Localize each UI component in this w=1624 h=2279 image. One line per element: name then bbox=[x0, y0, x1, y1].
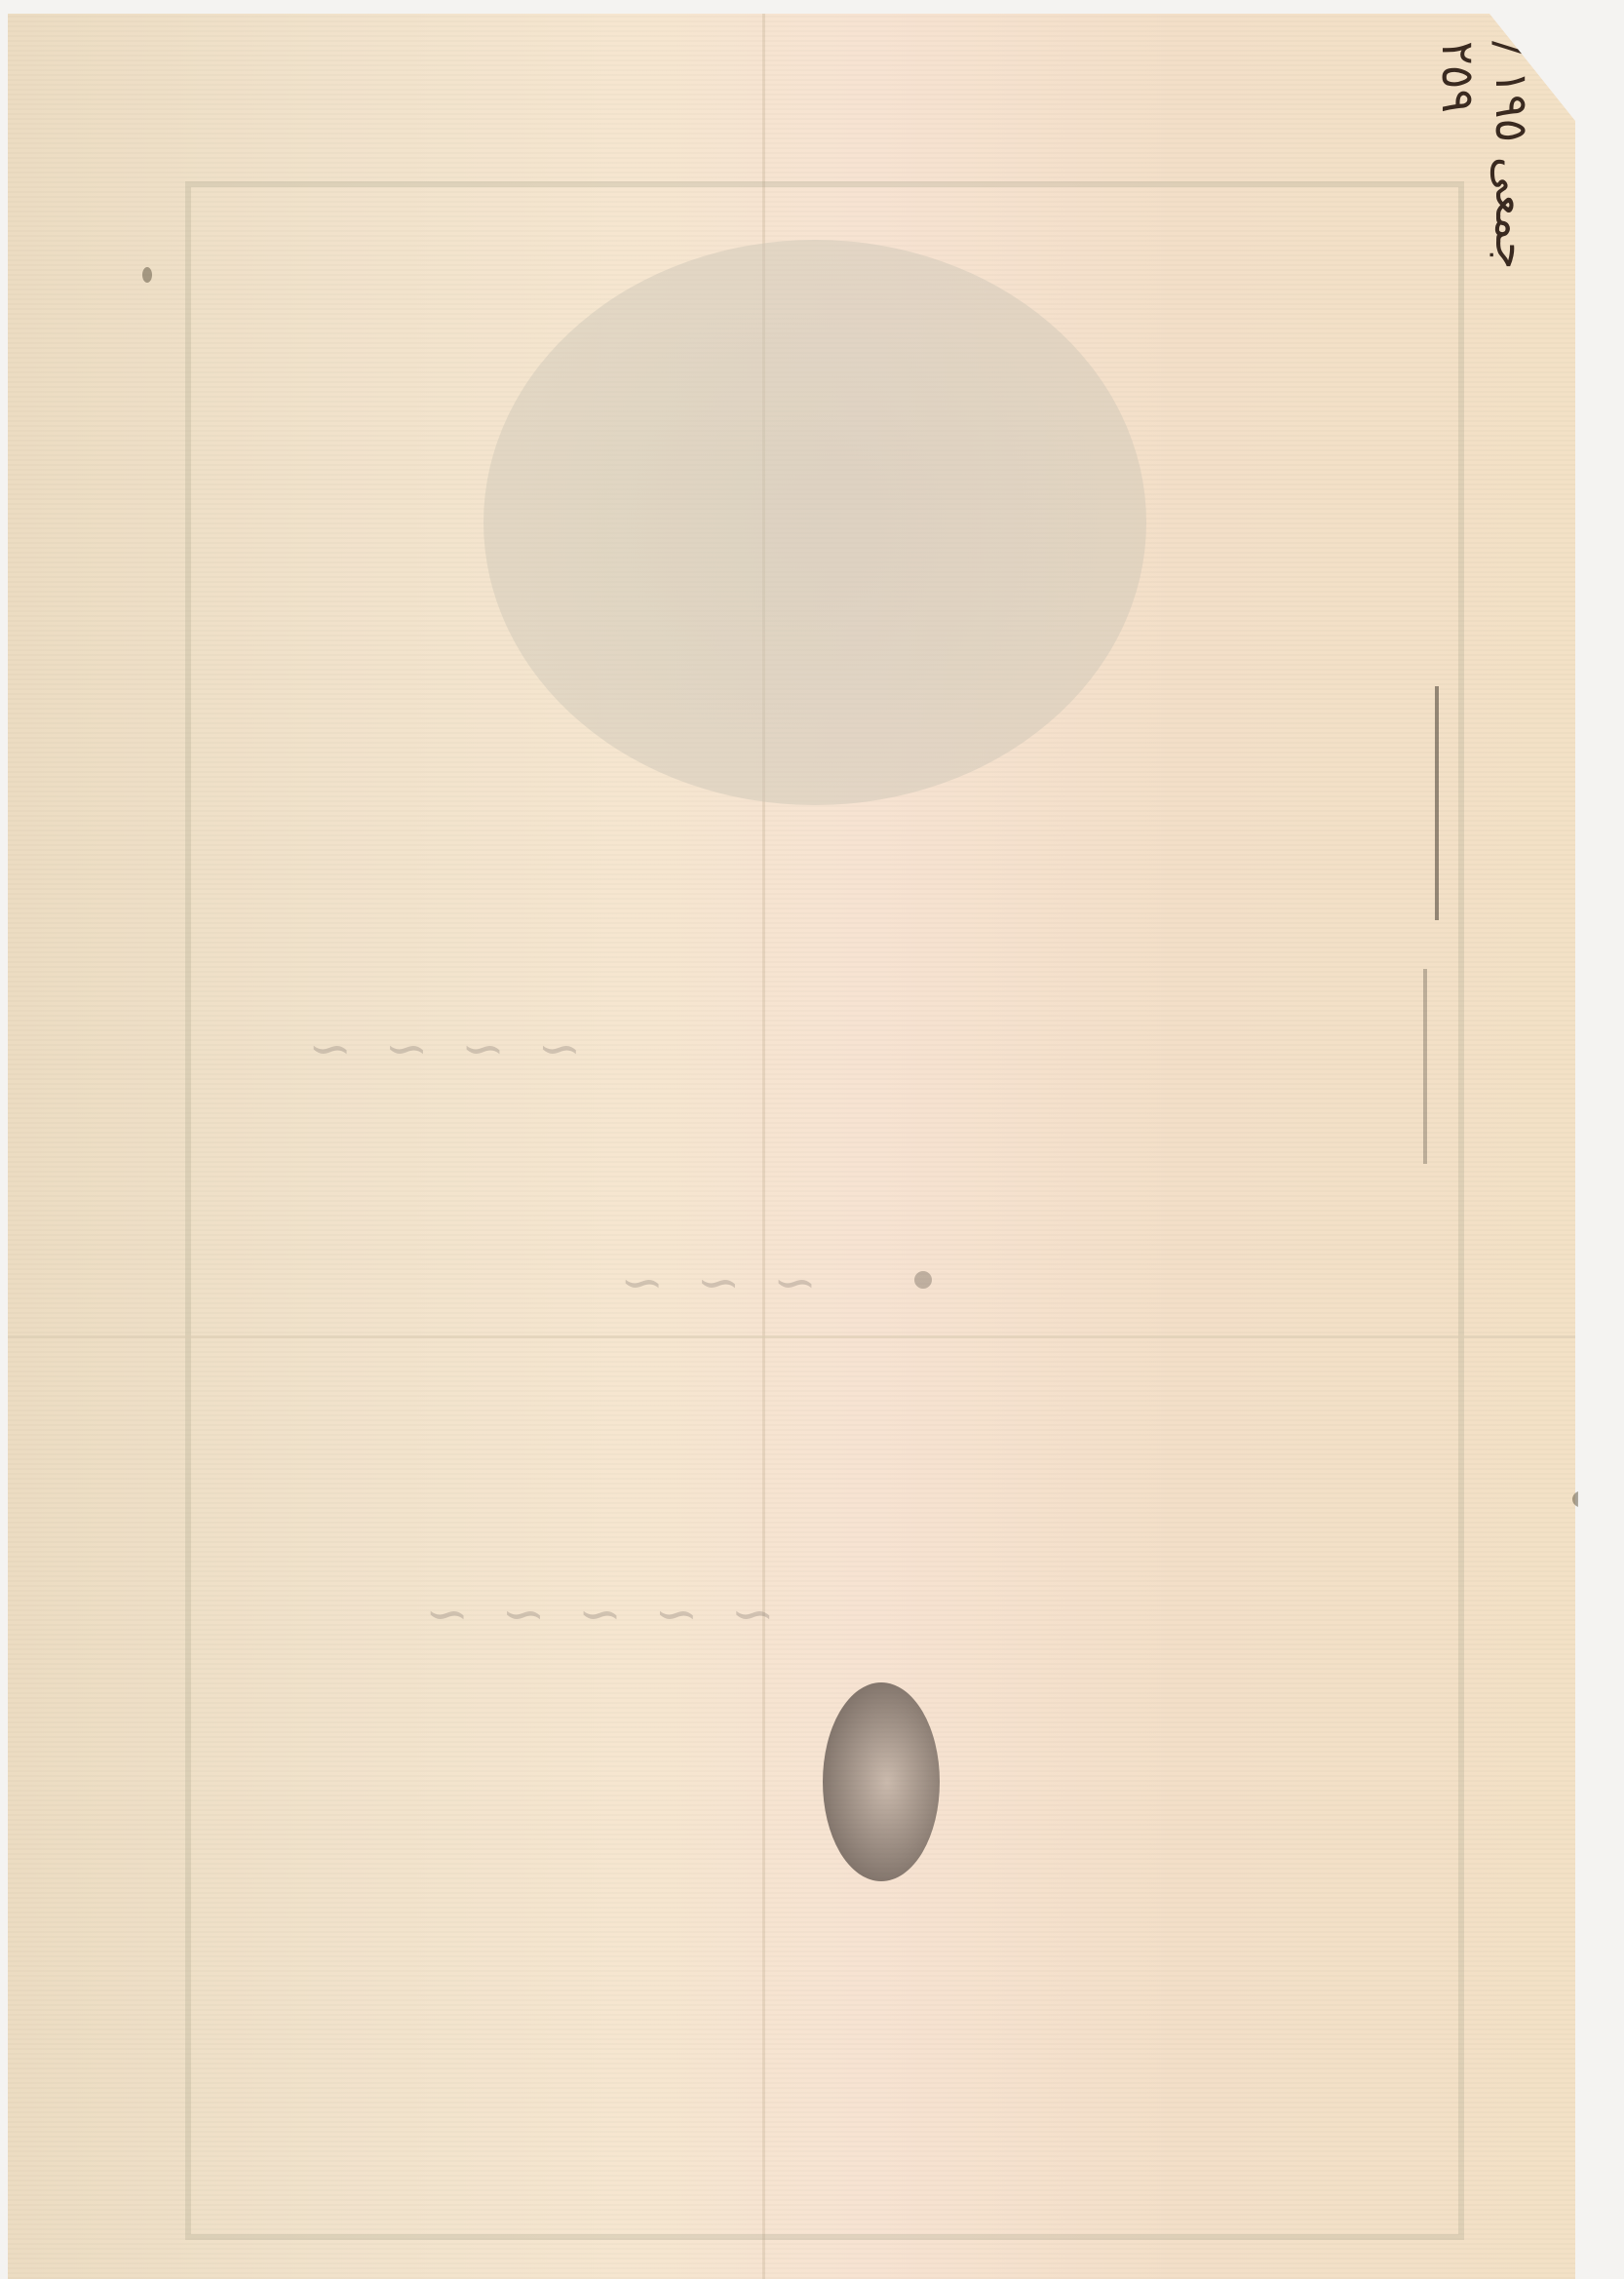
show-through-text-line: ~ ~ ~ ~ bbox=[300, 1018, 581, 1079]
ink-spot bbox=[914, 1271, 932, 1289]
ink-spot bbox=[142, 267, 152, 283]
ink-spot bbox=[1572, 1490, 1594, 1508]
margin-annotation: جمعی ١٩٥ / ٢٥٩ bbox=[1402, 41, 1538, 314]
show-through-text-line: ~ ~ ~ ~ ~ bbox=[417, 1583, 775, 1644]
ink-seal-stamp bbox=[823, 1682, 940, 1881]
document-page: ~ ~ ~ ~ ~ ~ ~ ~ ~ ~ ~ ~ جمعی ١٩٥ / ٢٥٩ bbox=[8, 14, 1575, 2279]
ink-mark bbox=[1435, 686, 1439, 920]
embossed-seal bbox=[483, 240, 1146, 805]
show-through-text-line: ~ ~ ~ bbox=[612, 1252, 817, 1313]
ink-mark bbox=[1423, 969, 1427, 1164]
horizontal-fold-line bbox=[8, 1335, 1575, 1338]
